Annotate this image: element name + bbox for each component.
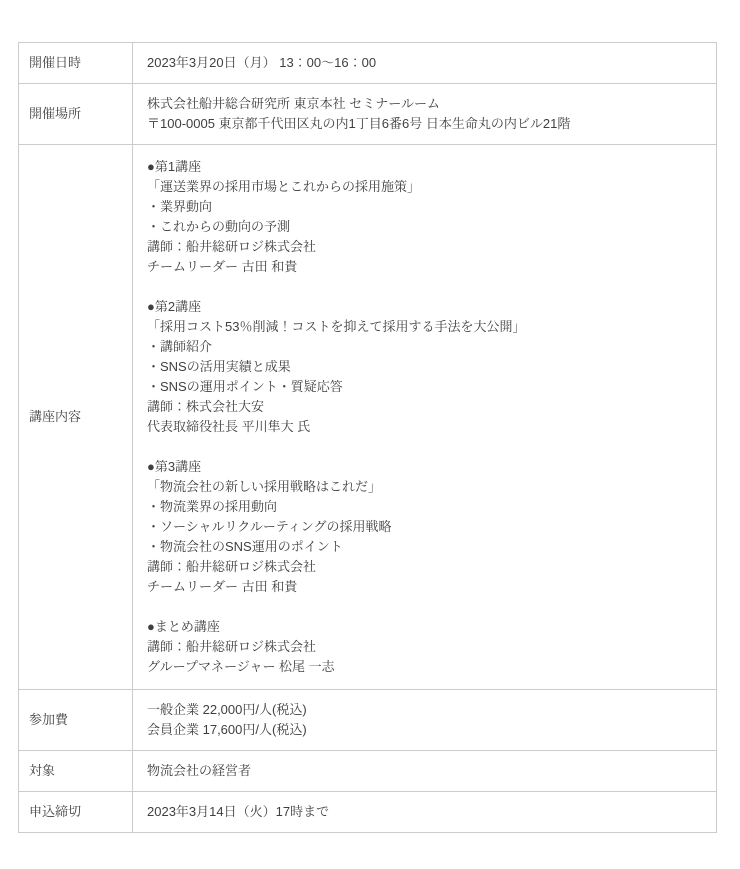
row-label: 対象	[19, 751, 133, 792]
table-row: 申込締切2023年3月14日（火）17時まで	[19, 792, 717, 833]
row-content: 2023年3月14日（火）17時まで	[133, 792, 717, 833]
content-line: 講師：船井総研ロジ株式会社	[147, 637, 702, 657]
content-line: チームリーダー 古田 和貴	[147, 257, 702, 277]
content-line: ・SNSの運用ポイント・質疑応答	[147, 377, 702, 397]
table-row: 開催場所株式会社船井総合研究所 東京本社 セミナールーム〒100-0005 東京…	[19, 84, 717, 145]
content-line: ・業界動向	[147, 197, 702, 217]
content-line: 「採用コスト53％削減！コストを抑えて採用する手法を大公開」	[147, 317, 702, 337]
row-content: 株式会社船井総合研究所 東京本社 セミナールーム〒100-0005 東京都千代田…	[133, 84, 717, 145]
table-row: 講座内容●第1講座「運送業界の採用市場とこれからの採用施策」・業界動向・これから…	[19, 145, 717, 690]
seminar-info-table: 開催日時2023年3月20日（月） 13：00～16：00開催場所株式会社船井総…	[18, 42, 717, 833]
row-content: ●第1講座「運送業界の採用市場とこれからの採用施策」・業界動向・これからの動向の…	[133, 145, 717, 690]
content-line: 株式会社船井総合研究所 東京本社 セミナールーム	[147, 94, 702, 114]
seminar-info-table-body: 開催日時2023年3月20日（月） 13：00～16：00開催場所株式会社船井総…	[19, 43, 717, 833]
content-line: 「運送業界の採用市場とこれからの採用施策」	[147, 177, 702, 197]
table-row: 参加費一般企業 22,000円/人(税込)会員企業 17,600円/人(税込)	[19, 690, 717, 751]
content-line: ●第1講座	[147, 157, 702, 177]
content-line: 代表取締役社長 平川隼大 氏	[147, 417, 702, 437]
row-label: 開催日時	[19, 43, 133, 84]
content-blank-line	[147, 437, 702, 457]
row-label: 申込締切	[19, 792, 133, 833]
content-line: ●第3講座	[147, 457, 702, 477]
row-content: 2023年3月20日（月） 13：00～16：00	[133, 43, 717, 84]
content-line: 会員企業 17,600円/人(税込)	[147, 720, 702, 740]
row-label: 開催場所	[19, 84, 133, 145]
row-label: 参加費	[19, 690, 133, 751]
content-line: ・物流業界の採用動向	[147, 497, 702, 517]
row-label: 講座内容	[19, 145, 133, 690]
page: 開催日時2023年3月20日（月） 13：00～16：00開催場所株式会社船井総…	[0, 0, 740, 869]
content-line: ●第2講座	[147, 297, 702, 317]
content-line: グループマネージャー 松尾 一志	[147, 657, 702, 677]
content-line: 物流会社の経営者	[147, 761, 702, 781]
content-line: ・ソーシャルリクルーティングの採用戦略	[147, 517, 702, 537]
content-line: 〒100-0005 東京都千代田区丸の内1丁目6番6号 日本生命丸の内ビル21階	[147, 114, 702, 134]
table-row: 開催日時2023年3月20日（月） 13：00～16：00	[19, 43, 717, 84]
content-line: ・SNSの活用実績と成果	[147, 357, 702, 377]
row-content: 一般企業 22,000円/人(税込)会員企業 17,600円/人(税込)	[133, 690, 717, 751]
content-line: 一般企業 22,000円/人(税込)	[147, 700, 702, 720]
content-line: 講師：船井総研ロジ株式会社	[147, 237, 702, 257]
content-line: ・物流会社のSNS運用のポイント	[147, 537, 702, 557]
row-content: 物流会社の経営者	[133, 751, 717, 792]
content-line: ・講師紹介	[147, 337, 702, 357]
content-line: 講師：船井総研ロジ株式会社	[147, 557, 702, 577]
content-line: 2023年3月20日（月） 13：00～16：00	[147, 53, 702, 73]
content-line: チームリーダー 古田 和貴	[147, 577, 702, 597]
content-line: 「物流会社の新しい採用戦略はこれだ」	[147, 477, 702, 497]
content-line: 2023年3月14日（火）17時まで	[147, 802, 702, 822]
content-line: ●まとめ講座	[147, 617, 702, 637]
content-line: 講師：株式会社大安	[147, 397, 702, 417]
content-line: ・これからの動向の予測	[147, 217, 702, 237]
content-blank-line	[147, 597, 702, 617]
content-blank-line	[147, 277, 702, 297]
table-row: 対象物流会社の経営者	[19, 751, 717, 792]
